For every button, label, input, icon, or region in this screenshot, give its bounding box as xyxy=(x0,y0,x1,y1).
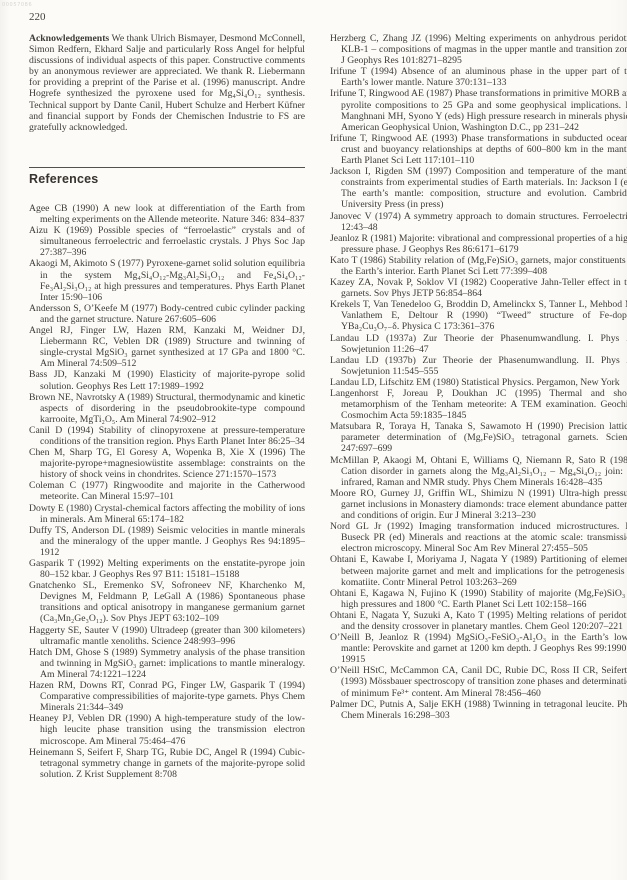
reference-entry: Akaogi M, Akimoto S (1977) Pyroxene-garn… xyxy=(29,258,305,302)
reference-entry: Landau LD (1937b) Zur Theorie der Phasen… xyxy=(330,355,627,377)
reference-entry: Langenhorst F, Joreau P, Doukhan JC (199… xyxy=(330,388,627,421)
references-column-right: Herzberg C, Zhang JZ (1996) Melting expe… xyxy=(330,33,627,721)
reference-entry: Ohtani E, Nagata Y, Suzuki A, Kato T (19… xyxy=(330,610,627,632)
reference-entry: Chen M, Sharp TG, El Goresy A, Wopenka B… xyxy=(29,447,305,480)
reference-entry: McMillan P, Akaogi M, Ohtani E, Williams… xyxy=(330,455,627,488)
reference-entry: Heaney PJ, Veblen DR (1990) A high-tempe… xyxy=(29,713,305,746)
reference-entry: Brown NE, Navrotsky A (1989) Structural,… xyxy=(29,392,305,425)
reference-entry: Herzberg C, Zhang JZ (1996) Melting expe… xyxy=(330,33,627,66)
reference-entry: Palmer DC, Putnis A, Salje EKH (1988) Tw… xyxy=(330,699,627,721)
reference-entry: Agee CB (1990) A new look at differentia… xyxy=(29,203,305,225)
reference-entry: Irifune T, Ringwood AE (1987) Phase tran… xyxy=(330,88,627,132)
reference-entry: O’Neill B, Jeanloz R (1994) MgSiO₃-FeSiO… xyxy=(330,632,627,665)
reference-entry: Irifune T, Ringwood AE (1993) Phase tran… xyxy=(330,133,627,166)
reference-entry: Haggerty SE, Sauter V (1990) Ultradeep (… xyxy=(29,625,305,647)
reference-entry: Nord GL Jr (1992) Imaging transformation… xyxy=(330,521,627,554)
references-column-left: Agee CB (1990) A new look at differentia… xyxy=(29,203,305,780)
reference-entry: Heinemann S, Seifert F, Sharp TG, Rubie … xyxy=(29,747,305,780)
reference-entry: Ohtani E, Kawabe I, Moriyama J, Nagata Y… xyxy=(330,554,627,587)
reference-entry: Krekels T, Van Tenedeloo G, Broddin D, A… xyxy=(330,299,627,332)
journal-page: 00057086 220 Acknowledgements We thank U… xyxy=(0,0,627,880)
reference-entry: Angel RJ, Finger LW, Hazen RM, Kanzaki M… xyxy=(29,325,305,369)
reference-entry: Canil D (1994) Stability of clinopyroxen… xyxy=(29,425,305,447)
acknowledgements-heading: Acknowledgements xyxy=(29,33,109,44)
reference-entry: Kazey ZA, Novak P, Soklov VI (1982) Coop… xyxy=(330,277,627,299)
reference-entry: Gasparik T (1992) Melting experiments on… xyxy=(29,558,305,580)
acknowledgements-text: We thank Ulrich Bismayer, Desmond McConn… xyxy=(29,33,305,133)
reference-entry: Coleman C (1977) Ringwoodite and majorit… xyxy=(29,480,305,502)
reference-entry: O’Neill HStC, McCammon CA, Canil DC, Rub… xyxy=(330,665,627,698)
reference-entry: Dowty E (1980) Crystal-chemical factors … xyxy=(29,503,305,525)
reference-entry: Matsubara R, Toraya H, Tanaka S, Sawamot… xyxy=(330,421,627,454)
reference-entry: Bass JD, Kanzaki M (1990) Elasticity of … xyxy=(29,369,305,391)
reference-entry: Andersson S, O’Keefe M (1977) Body-centr… xyxy=(29,303,305,325)
acknowledgements-section: Acknowledgements We thank Ulrich Bismaye… xyxy=(29,33,305,133)
page-number: 220 xyxy=(29,11,46,23)
scan-artifact-number: 00057086 xyxy=(2,2,32,8)
left-column: Acknowledgements We thank Ulrich Bismaye… xyxy=(29,33,305,133)
reference-entry: Landau LD (1937a) Zur Theorie der Phasen… xyxy=(330,333,627,355)
reference-entry: Kato T (1986) Stability relation of (Mg,… xyxy=(330,255,627,277)
reference-entry: Jeanloz R (1981) Majorite: vibrational a… xyxy=(330,233,627,255)
reference-entry: Aizu K (1969) Possible species of “ferro… xyxy=(29,225,305,258)
reference-entry: Gnatchenko SL, Eremenko SV, Sofroneev NF… xyxy=(29,580,305,624)
references-heading: References xyxy=(29,174,98,185)
reference-entry: Janovec V (1974) A symmetry approach to … xyxy=(330,211,627,233)
reference-entry: Moore RO, Gurney JJ, Griffin WL, Shimizu… xyxy=(330,488,627,521)
reference-entry: Hatch DM, Ghose S (1989) Symmetry analys… xyxy=(29,647,305,680)
reference-entry: Ohtani E, Kagawa N, Fujino K (1990) Stab… xyxy=(330,588,627,610)
reference-entry: Duffy TS, Anderson DL (1989) Seismic vel… xyxy=(29,525,305,558)
reference-entry: Landau LD, Lifschitz EM (1980) Statistic… xyxy=(330,377,627,388)
reference-entry: Jackson I, Rigden SM (1997) Composition … xyxy=(330,166,627,210)
section-divider-rule xyxy=(29,167,305,168)
reference-entry: Hazen RM, Downs RT, Conrad PG, Finger LW… xyxy=(29,680,305,713)
reference-entry: Irifune T (1994) Absence of an aluminous… xyxy=(330,66,627,88)
